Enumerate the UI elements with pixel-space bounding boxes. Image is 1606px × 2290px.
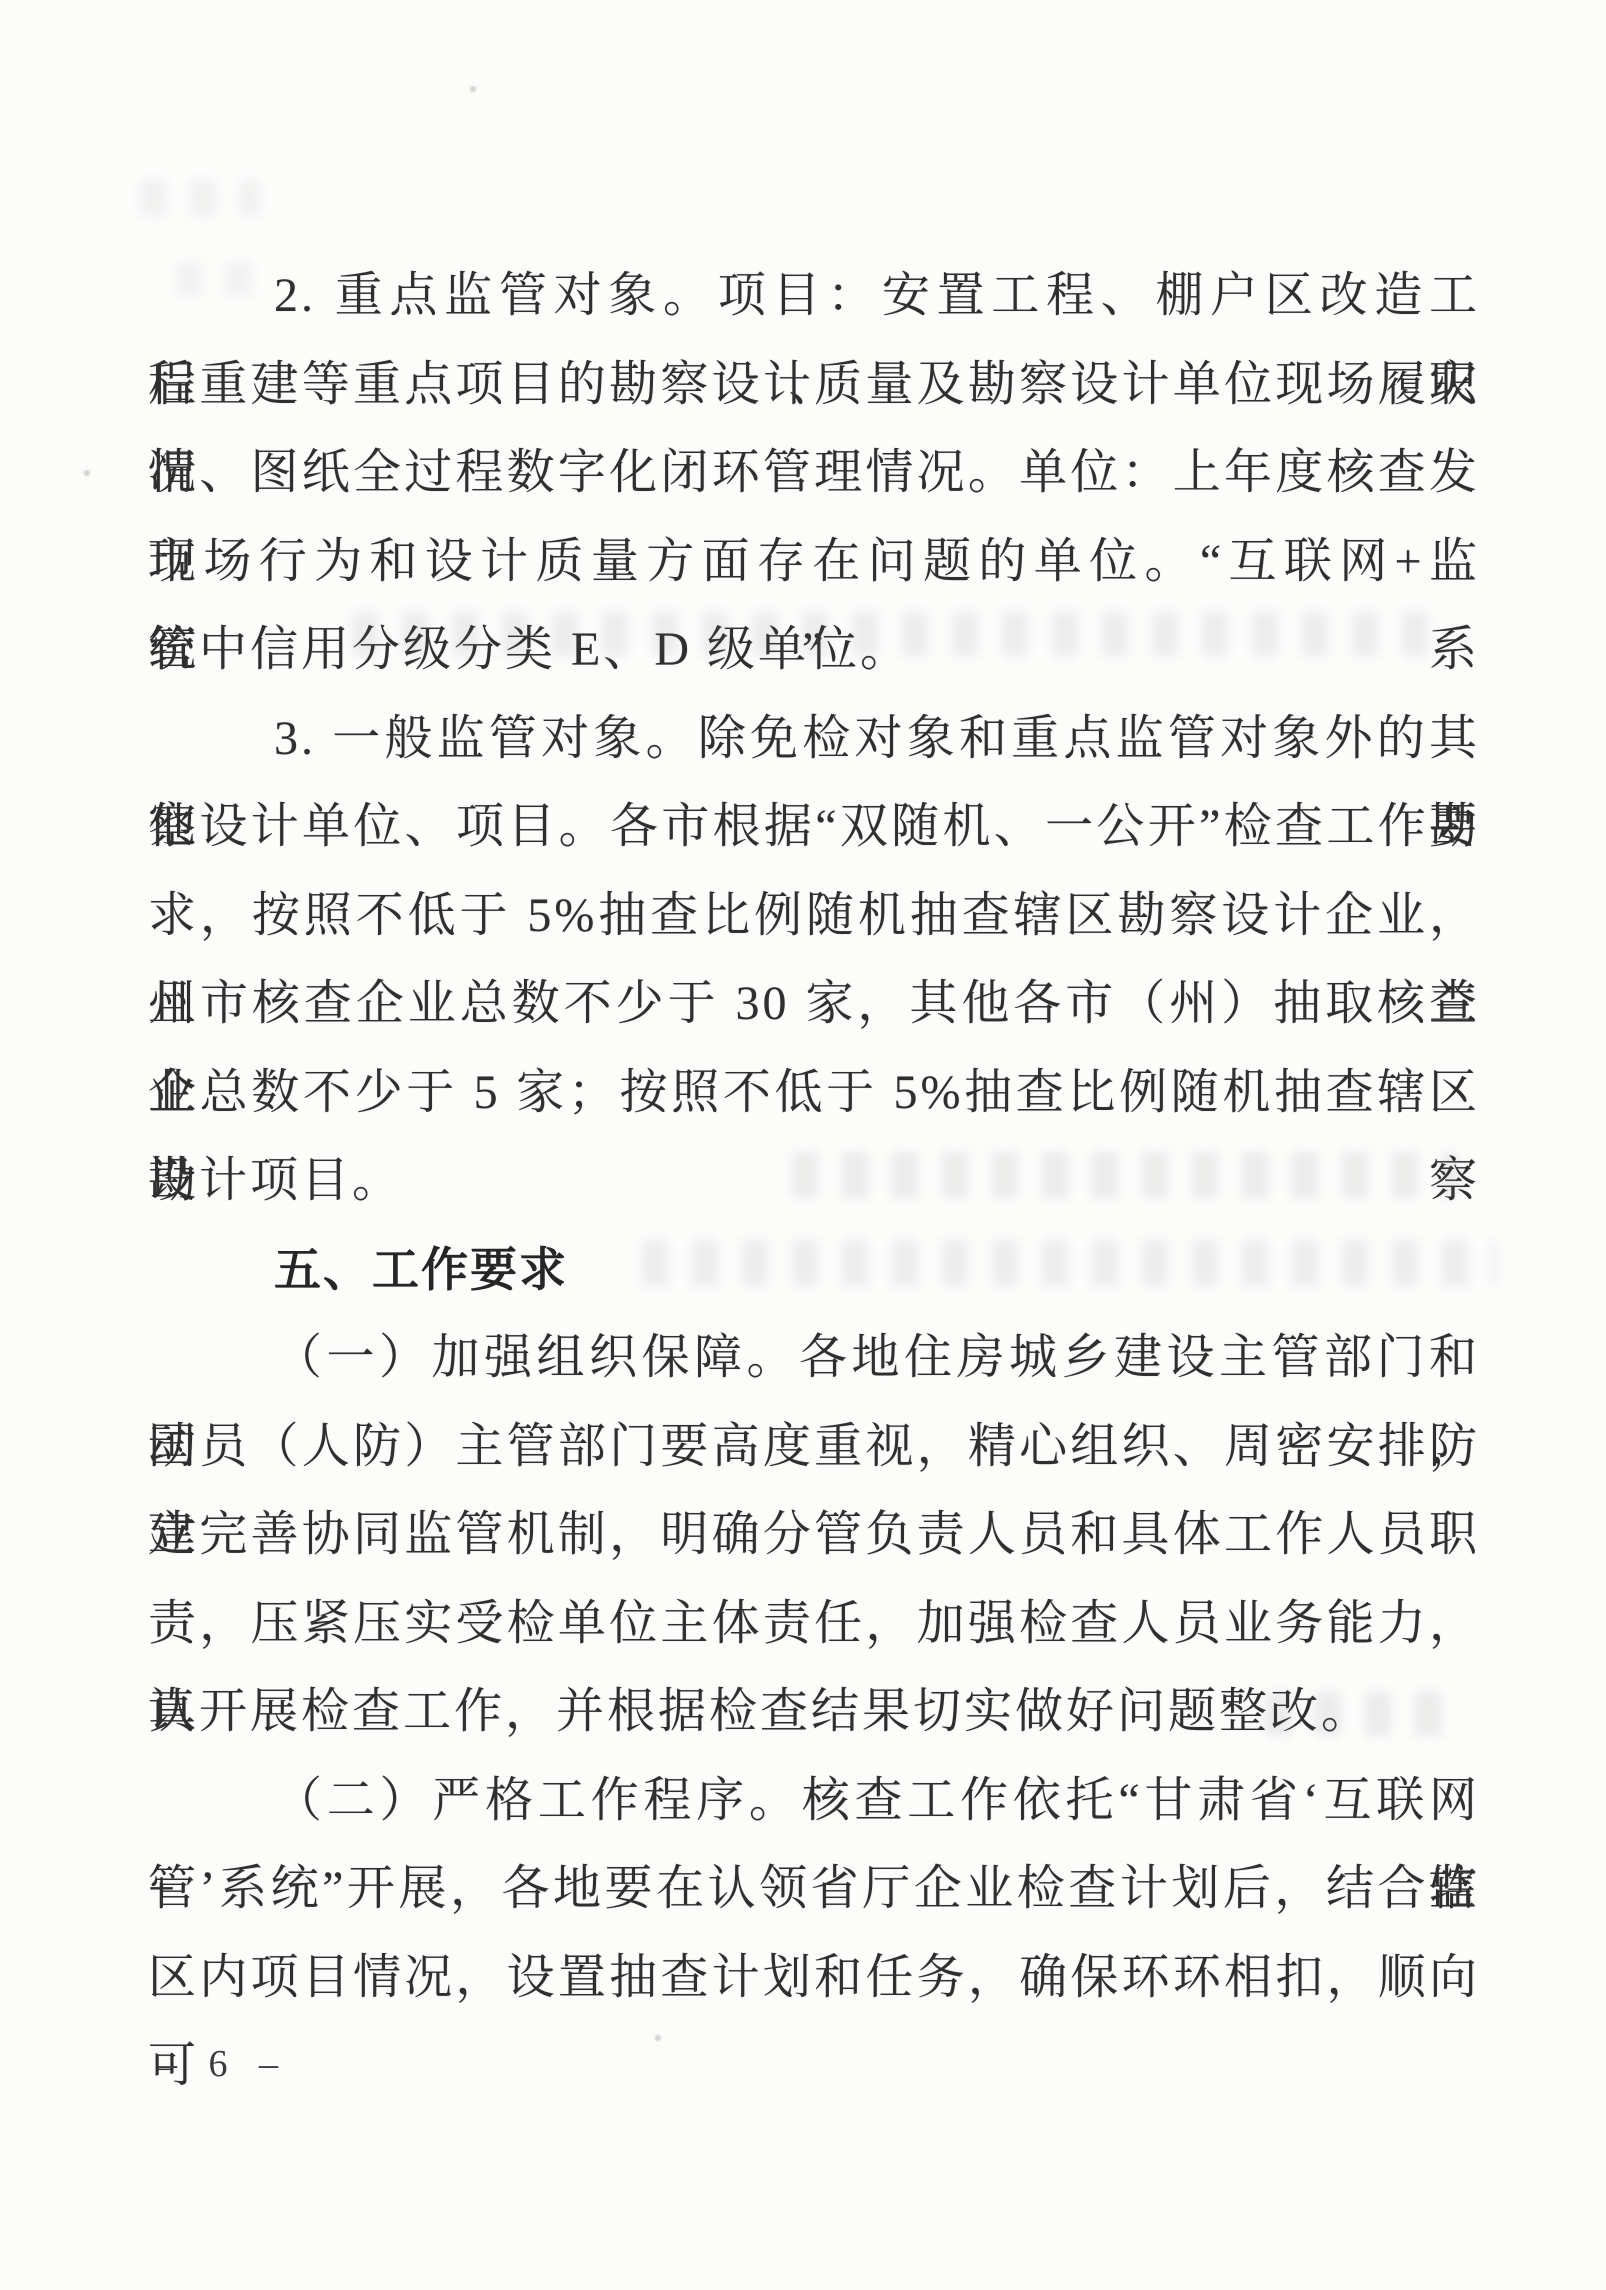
scan-artifact [1265, 1692, 1465, 1736]
text-line: 管’系统”开展，各地要在认领省厅企业检查计划后，结合辖 [148, 1845, 1480, 1934]
text-line: 后重建等重点项目的勘察设计质量及勘察设计单位现场履职情 [148, 341, 1480, 430]
text-line: 况、图纸全过程数字化闭环管理情况。单位：上年度核查发现 [148, 429, 1480, 518]
document-page: 2. 重点监管对象。项目：安置工程、棚户区改造工程、灾后重建等重点项目的勘察设计… [0, 0, 1606, 2290]
text-line: （一）加强组织保障。各地住房城乡建设主管部门和国防 [148, 1314, 1480, 1403]
scan-artifact [140, 180, 260, 216]
scan-speck [84, 470, 90, 476]
text-line: 2. 重点监管对象。项目：安置工程、棚户区改造工程、灾 [148, 252, 1480, 341]
scan-artifact [792, 1152, 1457, 1198]
scan-speck [470, 86, 476, 92]
text-line: 责，压紧压实受检单位主体责任，加强检查人员业务能力，认 [148, 1580, 1480, 1669]
text-line: 市场行为和设计质量方面存在问题的单位。“互联网+监管”系 [148, 518, 1480, 607]
scan-artifact [352, 612, 1447, 656]
page-number: – 6 – [158, 2038, 289, 2090]
text-line: 察设计单位、项目。各市根据“双随机、一公开”检查工作要 [148, 783, 1480, 872]
text-line: 3. 一般监管对象。除免检对象和重点监管对象外的其他勘 [148, 695, 1480, 784]
document-body: 2. 重点监管对象。项目：安置工程、棚户区改造工程、灾后重建等重点项目的勘察设计… [148, 252, 1480, 2022]
text-line: 区内项目情况，设置抽查计划和任务，确保环环相扣，顺向可 [148, 1934, 1480, 2023]
text-line: 立完善协同监管机制，明确分管负责人员和具体工作人员职 [148, 1491, 1480, 1580]
text-line: 动员（人防）主管部门要高度重视，精心组织、周密安排，建 [148, 1403, 1480, 1492]
text-line: 业总数不少于 5 家；按照不低于 5%抽查比例随机抽查辖区勘察 [148, 1049, 1480, 1138]
text-line: 州市核查企业总数不少于 30 家，其他各市（州）抽取核查企 [148, 960, 1480, 1049]
scan-artifact [176, 262, 268, 296]
text-line: 求，按照不低于 5%抽查比例随机抽查辖区勘察设计企业，且兰 [148, 872, 1480, 961]
scan-artifact [642, 1240, 1497, 1286]
scan-speck [655, 2035, 661, 2041]
text-line: （二）严格工作程序。核查工作依托“甘肃省‘互联网+监 [148, 1757, 1480, 1846]
